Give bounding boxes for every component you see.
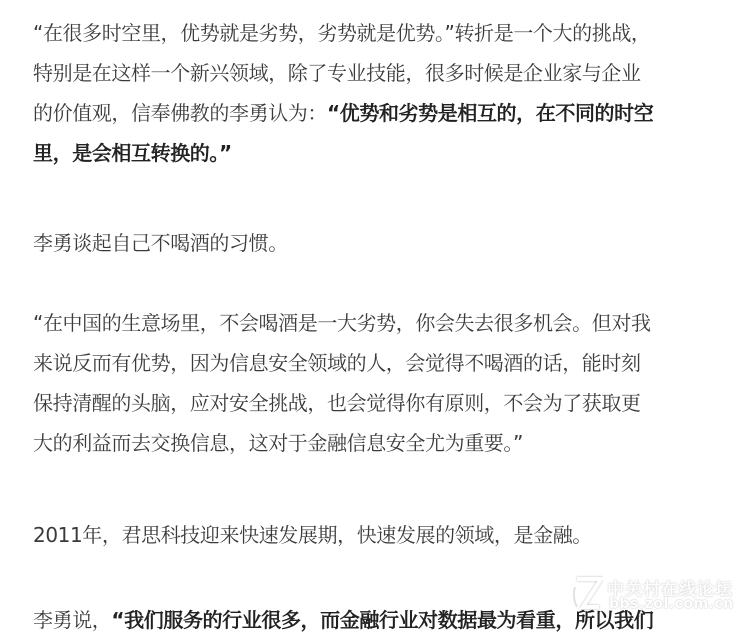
watermark: 中关村在线论坛 bbs.zol.com.cn — [573, 575, 733, 615]
bold-quote: 里，是会相互转换的。” — [33, 141, 232, 165]
text-line: 大的利益而去交换信息，这对于金融信息安全尤为重要。” — [33, 423, 651, 463]
paragraph-li-yong-said: 李勇说，“我们服务的行业很多，而金融行业对数据最为看重，所以我们 — [33, 600, 653, 640]
paragraph-quote-advantage: “在很多时空里，优势就是劣势，劣势就是优势。”转折是一个大的挑战， 特别是在这样… — [33, 13, 653, 173]
text-segment: 的价值观，信奉佛教的李勇认为： — [33, 101, 327, 125]
text-line: 里，是会相互转换的。” — [33, 133, 653, 173]
text-segment: 李勇说， — [33, 608, 111, 632]
text-line: “在很多时空里，优势就是劣势，劣势就是优势。”转折是一个大的挑战， — [33, 13, 653, 53]
watermark-url: bbs.zol.com.cn — [609, 596, 734, 612]
zol-logo-icon — [573, 575, 603, 611]
text-line: 李勇说，“我们服务的行业很多，而金融行业对数据最为看重，所以我们 — [33, 600, 653, 640]
paragraph-2011: 2011年，君思科技迎来快速发展期，快速发展的领域，是金融。 — [33, 515, 592, 555]
text-line: 来说反而有优势，因为信息安全领域的人，会觉得不喝酒的话，能时刻 — [33, 343, 651, 383]
text-line: 的价值观，信奉佛教的李勇认为：“优势和劣势是相互的，在不同的时空 — [33, 93, 653, 133]
paragraph-quote-drinking: “在中国的生意场里，不会喝酒是一大劣势，你会失去很多机会。但对我 来说反而有优势… — [33, 303, 651, 463]
bold-quote: “优势和劣势是相互的，在不同的时空 — [327, 101, 653, 125]
text-line: “在中国的生意场里，不会喝酒是一大劣势，你会失去很多机会。但对我 — [33, 303, 651, 343]
paragraph-drinking-habit: 李勇谈起自己不喝酒的习惯。 — [33, 223, 288, 263]
text-line: 特别是在这样一个新兴领域，除了专业技能，很多时候是企业家与企业 — [33, 53, 653, 93]
text-line: 保持清醒的头脑，应对安全挑战，也会觉得你有原则，不会为了获取更 — [33, 383, 651, 423]
